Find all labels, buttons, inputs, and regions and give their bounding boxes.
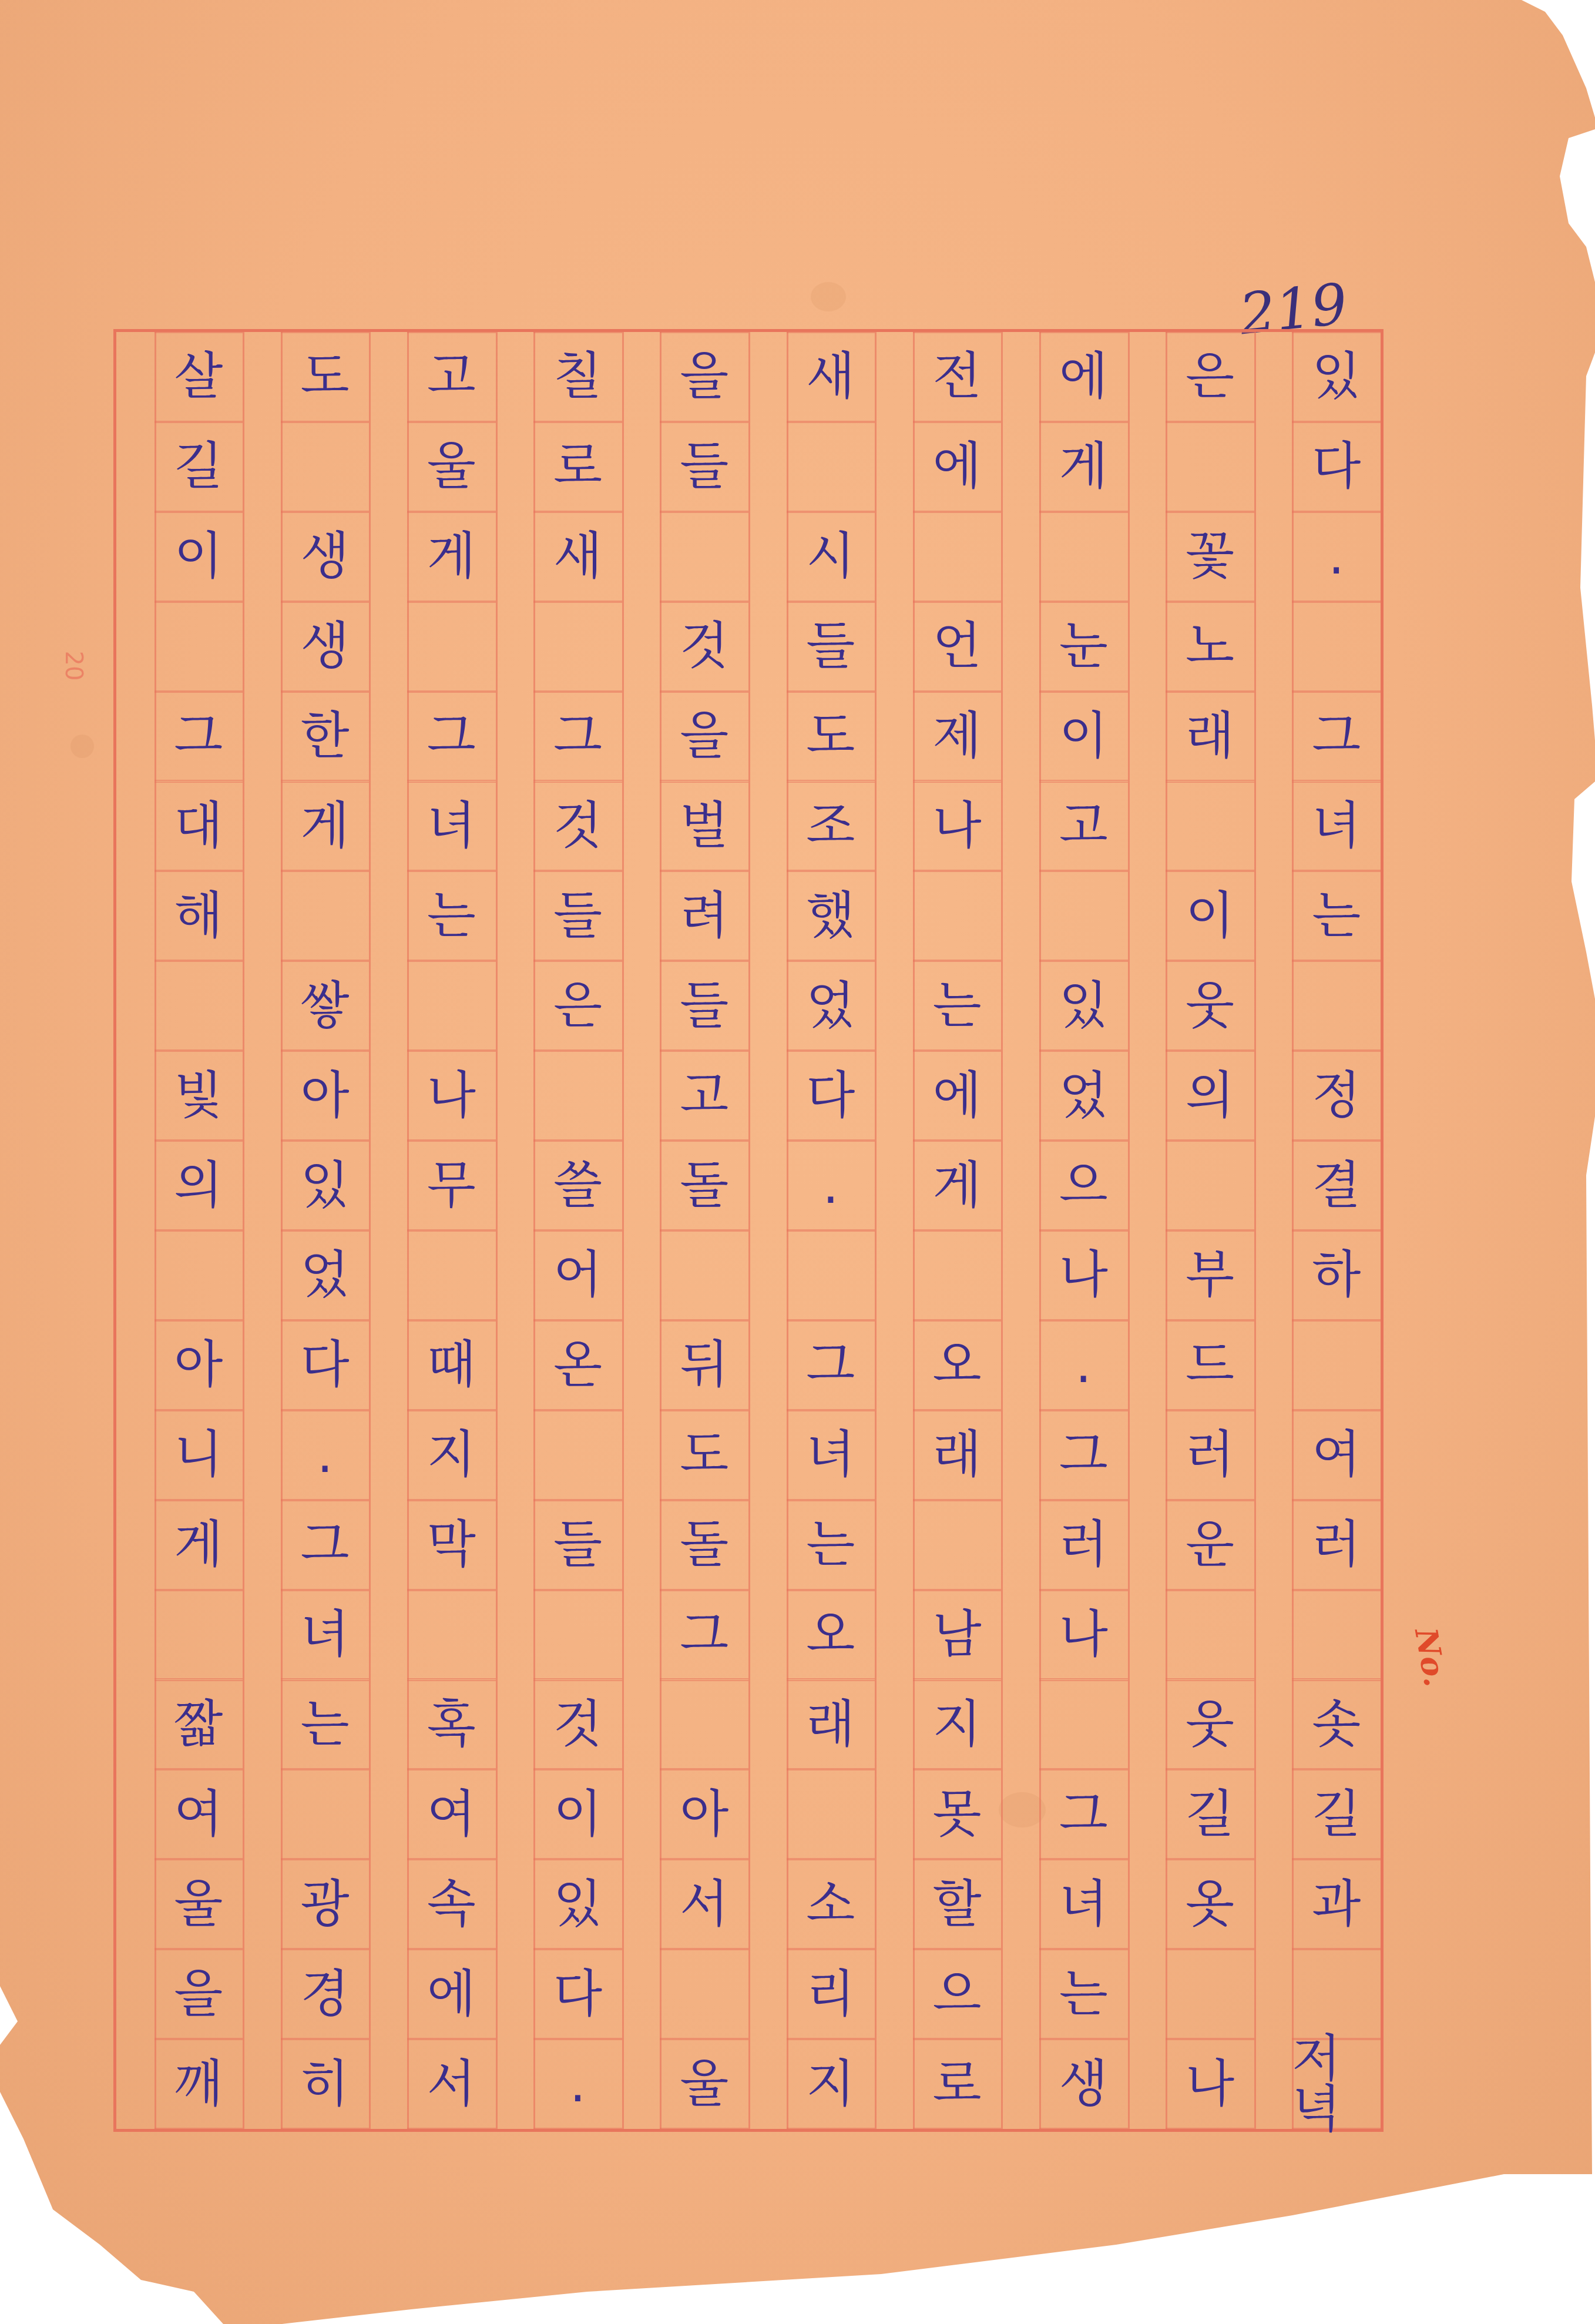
manuscript-cell — [660, 512, 748, 602]
manuscript-cell: 빛 — [155, 1051, 243, 1141]
column-rule — [369, 332, 371, 2129]
manuscript-cell: 지 — [787, 2039, 875, 2129]
manuscript-cell: 는 — [1039, 1949, 1128, 2039]
manuscript-cell: 의 — [155, 1141, 243, 1230]
manuscript-cell: 여 — [155, 1769, 243, 1859]
manuscript-cell: 정 — [1292, 1051, 1381, 1141]
manuscript-cell: 아 — [281, 1051, 370, 1141]
manuscript-cell — [1039, 1680, 1128, 1770]
manuscript-cell: 눈 — [1039, 602, 1128, 692]
manuscript-cell: 그 — [407, 692, 496, 782]
manuscript-cell: 생 — [281, 602, 370, 692]
manuscript-cell: 에 — [407, 1949, 496, 2039]
manuscript-cell: 대 — [155, 782, 243, 871]
manuscript-cell — [1166, 1141, 1254, 1230]
manuscript-cell: 남 — [913, 1590, 1002, 1680]
manuscript-cell: 오 — [913, 1320, 1002, 1410]
manuscript-cell — [281, 422, 370, 512]
manuscript-cell: 드 — [1166, 1320, 1254, 1410]
manuscript-cell — [1166, 1590, 1254, 1680]
manuscript-cell: 는 — [787, 1500, 875, 1590]
paper-stain — [811, 282, 846, 311]
manuscript-cell: 고 — [407, 332, 496, 422]
manuscript-cell: 다 — [281, 1320, 370, 1410]
manuscript-cell — [407, 961, 496, 1051]
manuscript-cell: 히 — [281, 2039, 370, 2129]
manuscript-cell: 지 — [913, 1680, 1002, 1770]
manuscript-cell: 아 — [660, 1769, 748, 1859]
manuscript-cell: 있 — [281, 1141, 370, 1230]
manuscript-cell: 새 — [533, 512, 622, 602]
manuscript-cell: 그 — [1039, 1769, 1128, 1859]
manuscript-cell: 녀 — [787, 1410, 875, 1500]
manuscript-cell: 이 — [533, 1769, 622, 1859]
manuscript-cell: . — [281, 1410, 370, 1500]
manuscript-cell: 한 — [281, 692, 370, 782]
manuscript-cell: 그 — [1292, 692, 1381, 782]
manuscript-cell: 녀 — [407, 782, 496, 871]
manuscript-cell: 부 — [1166, 1230, 1254, 1320]
manuscript-cell: 고 — [1039, 782, 1128, 871]
manuscript-cell: 과 — [1292, 1859, 1381, 1949]
manuscript-cell: 지 — [407, 1410, 496, 1500]
manuscript-cell: 나 — [1039, 1590, 1128, 1680]
manuscript-cell — [281, 871, 370, 961]
manuscript-cell: 경 — [281, 1949, 370, 2039]
manuscript-cell: 때 — [407, 1320, 496, 1410]
manuscript-cell: 다 — [1292, 422, 1381, 512]
manuscript-cell: 운 — [1166, 1500, 1254, 1590]
manuscript-cell: 었 — [281, 1230, 370, 1320]
manuscript-cell: 생 — [281, 512, 370, 602]
manuscript-cell: 나 — [407, 1051, 496, 1141]
manuscript-cell: 었 — [1039, 1051, 1128, 1141]
manuscript-cell: 로 — [533, 422, 622, 512]
manuscript-cell: 못 — [913, 1769, 1002, 1859]
manuscript-cell: 도 — [660, 1410, 748, 1500]
manuscript-cell: 그 — [155, 692, 243, 782]
manuscript-cell: 이 — [1039, 692, 1128, 782]
manuscript-cell — [407, 1230, 496, 1320]
manuscript-cell: 러 — [1292, 1500, 1381, 1590]
manuscript-cell — [1166, 1949, 1254, 2039]
manuscript-cell: 무 — [407, 1141, 496, 1230]
manuscript-cell: 있 — [1039, 961, 1128, 1051]
manuscript-cell: 도 — [281, 332, 370, 422]
manuscript-cell: 짧 — [155, 1680, 243, 1770]
manuscript-cell: . — [787, 1141, 875, 1230]
manuscript-cell: 서 — [407, 2039, 496, 2129]
manuscript-cell — [660, 1680, 748, 1770]
manuscript-cell: 여 — [1292, 1410, 1381, 1500]
manuscript-cell: 것 — [533, 1680, 622, 1770]
manuscript-cell: 노 — [1166, 602, 1254, 692]
column-rule — [243, 332, 244, 2129]
manuscript-cell: 으 — [913, 1949, 1002, 2039]
manuscript-cell: 게 — [913, 1141, 1002, 1230]
manuscript-cell — [155, 1230, 243, 1320]
manuscript-cell — [155, 602, 243, 692]
manuscript-cell: 나 — [1166, 2039, 1254, 2129]
manuscript-cell — [281, 1769, 370, 1859]
manuscript-cell: 들 — [533, 871, 622, 961]
manuscript-cell: 러 — [1039, 1500, 1128, 1590]
manuscript-cell: 그 — [787, 1320, 875, 1410]
column-rule — [1254, 332, 1256, 2129]
manuscript-cell: 들 — [660, 961, 748, 1051]
manuscript-cell: 러 — [1166, 1410, 1254, 1500]
manuscript-cell: 그 — [533, 692, 622, 782]
manuscript-cell: 막 — [407, 1500, 496, 1590]
manuscript-cell: 녀 — [281, 1590, 370, 1680]
manuscript-cell: 길 — [155, 422, 243, 512]
manuscript-cell: 게 — [155, 1500, 243, 1590]
manuscript-cell — [1292, 961, 1381, 1051]
manuscript-cell: 시 — [787, 512, 875, 602]
manuscript-cell: 살 — [155, 332, 243, 422]
manuscript-cell — [1039, 871, 1128, 961]
manuscript-cell: 길 — [1166, 1769, 1254, 1859]
manuscript-cell: 울 — [660, 2039, 748, 2129]
manuscript-cell: 벌 — [660, 782, 748, 871]
manuscript-cell: . — [1292, 512, 1381, 602]
manuscript-cell: 는 — [1292, 871, 1381, 961]
manuscript-cell: 려 — [660, 871, 748, 961]
manuscript-cell: 했 — [787, 871, 875, 961]
manuscript-cell: 것 — [660, 602, 748, 692]
manuscript-cell: 어 — [533, 1230, 622, 1320]
manuscript-cell: 그 — [660, 1590, 748, 1680]
manuscript-cell — [1166, 782, 1254, 871]
manuscript-cell: 서 — [660, 1859, 748, 1949]
manuscript-cell: 니 — [155, 1410, 243, 1500]
manuscript-cell: 녀 — [1292, 782, 1381, 871]
manuscript-cell: 은 — [1166, 332, 1254, 422]
manuscript-cell: 혹 — [407, 1680, 496, 1770]
manuscript-cell: 의 — [1166, 1051, 1254, 1141]
manuscript-cell: 울 — [155, 1859, 243, 1949]
manuscript-cell: 울 — [407, 422, 496, 512]
side-margin-number: 20 — [60, 651, 87, 681]
manuscript-cell: 래 — [787, 1680, 875, 1770]
manuscript-cell: 쌓 — [281, 961, 370, 1051]
manuscript-cell: 제 — [913, 692, 1002, 782]
manuscript-cell: 에 — [913, 422, 1002, 512]
manuscript-cell: 는 — [281, 1680, 370, 1770]
manuscript-cell: 여 — [407, 1769, 496, 1859]
manuscript-cell — [1292, 1949, 1381, 2039]
manuscript-cell — [913, 512, 1002, 602]
manuscript-cell: 하 — [1292, 1230, 1381, 1320]
manuscript-cell: 게 — [407, 512, 496, 602]
manuscript-cell — [1292, 1320, 1381, 1410]
manuscript-cell: 나 — [1039, 1230, 1128, 1320]
manuscript-cell: 로 — [913, 2039, 1002, 2129]
manuscript-cell: 해 — [155, 871, 243, 961]
paper-stain — [70, 735, 94, 758]
manuscript-cell: 는 — [407, 871, 496, 961]
manuscript-cell: 전 — [913, 332, 1002, 422]
manuscript-cell: 칠 — [533, 332, 622, 422]
manuscript-cell — [533, 602, 622, 692]
manuscript-cell: 을 — [660, 692, 748, 782]
manuscript-cell: 다 — [533, 1949, 622, 2039]
manuscript-cell: 광 — [281, 1859, 370, 1949]
column-rule — [748, 332, 750, 2129]
manuscript-cell: 는 — [913, 961, 1002, 1051]
manuscript-cell — [1166, 422, 1254, 512]
manuscript-cell: 그 — [1039, 1410, 1128, 1500]
manuscript-cell: 있 — [533, 1859, 622, 1949]
manuscript-cell: 새 — [787, 332, 875, 422]
manuscript-cell: 리 — [787, 1949, 875, 2039]
manuscript-cell: 이 — [155, 512, 243, 602]
manuscript-cell: 속 — [407, 1859, 496, 1949]
manuscript-cell — [1039, 512, 1128, 602]
manuscript-cell — [913, 1500, 1002, 1590]
manuscript-cell: 도 — [787, 692, 875, 782]
manuscript-cell: 에 — [913, 1051, 1002, 1141]
manuscript-cell — [787, 422, 875, 512]
manuscript-cell: 결 — [1292, 1141, 1381, 1230]
column-rule — [1001, 332, 1003, 2129]
manuscript-cell — [660, 1230, 748, 1320]
manuscript-cell: 돌 — [660, 1141, 748, 1230]
manuscript-cell: 언 — [913, 602, 1002, 692]
manuscript-cell: 옷 — [1166, 1859, 1254, 1949]
manuscript-cell: 쓸 — [533, 1141, 622, 1230]
manuscript-cell: 할 — [913, 1859, 1002, 1949]
manuscript-cell: 들 — [660, 422, 748, 512]
manuscript-cell: 그 — [281, 1500, 370, 1590]
manuscript-cell: 고 — [660, 1051, 748, 1141]
manuscript-cell: 게 — [1039, 422, 1128, 512]
manuscript-cell: 있 — [1292, 332, 1381, 422]
manuscript-cell: . — [533, 2039, 622, 2129]
manuscript-cell: 었 — [787, 961, 875, 1051]
manuscript-cell: 것 — [533, 782, 622, 871]
manuscript-cell — [787, 1230, 875, 1320]
manuscript-cell: 래 — [913, 1410, 1002, 1500]
manuscript-cell — [787, 1769, 875, 1859]
manuscript-grid: 있다.그녀는정결하여러솟길과저녁은꽃노래이웃의부드러운웃길옷나에게눈이고있었으나… — [113, 329, 1384, 2132]
manuscript-cell: 으 — [1039, 1141, 1128, 1230]
manuscript-cell: 조 — [787, 782, 875, 871]
manuscript-cell: . — [1039, 1320, 1128, 1410]
manuscript-cell: 솟 — [1292, 1680, 1381, 1770]
manuscript-cell — [533, 1590, 622, 1680]
column-rule — [496, 332, 498, 2129]
manuscript-cell: 온 — [533, 1320, 622, 1410]
manuscript-cell — [1292, 602, 1381, 692]
column-rule — [1128, 332, 1130, 2129]
manuscript-cell: 나 — [913, 782, 1002, 871]
manuscript-cell: 게 — [281, 782, 370, 871]
manuscript-cell: 깨 — [155, 2039, 243, 2129]
manuscript-cell: 들 — [787, 602, 875, 692]
manuscript-cell: 뒤 — [660, 1320, 748, 1410]
column-rule — [622, 332, 624, 2129]
manuscript-cell: 아 — [155, 1320, 243, 1410]
manuscript-cell: 생 — [1039, 2039, 1128, 2129]
manuscript-cell: 은 — [533, 961, 622, 1051]
manuscript-cell: 에 — [1039, 332, 1128, 422]
manuscript-cell: 돌 — [660, 1500, 748, 1590]
manuscript-cell — [913, 871, 1002, 961]
manuscript-cell — [155, 1590, 243, 1680]
manuscript-cell — [533, 1051, 622, 1141]
manuscript-cell — [407, 1590, 496, 1680]
manuscript-cell: 저녁 — [1292, 2039, 1381, 2129]
manuscript-cell — [533, 1410, 622, 1500]
manuscript-cell — [155, 961, 243, 1051]
manuscript-cell — [913, 1230, 1002, 1320]
column-rule — [875, 332, 877, 2129]
manuscript-cell: 이 — [1166, 871, 1254, 961]
manuscript-cell: 다 — [787, 1051, 875, 1141]
manuscript-cell: 을 — [155, 1949, 243, 2039]
manuscript-cell: 래 — [1166, 692, 1254, 782]
manuscript-cell: 녀 — [1039, 1859, 1128, 1949]
manuscript-cell: 소 — [787, 1859, 875, 1949]
manuscript-cell: 웃 — [1166, 961, 1254, 1051]
manuscript-cell: 꽃 — [1166, 512, 1254, 602]
manuscript-cell — [660, 1949, 748, 2039]
manuscript-cell: 들 — [533, 1500, 622, 1590]
manuscript-cell — [407, 602, 496, 692]
manuscript-cell: 웃 — [1166, 1680, 1254, 1770]
manuscript-cell: 오 — [787, 1590, 875, 1680]
manuscript-cell: 길 — [1292, 1769, 1381, 1859]
manuscript-cell — [1292, 1590, 1381, 1680]
manuscript-cell: 을 — [660, 332, 748, 422]
